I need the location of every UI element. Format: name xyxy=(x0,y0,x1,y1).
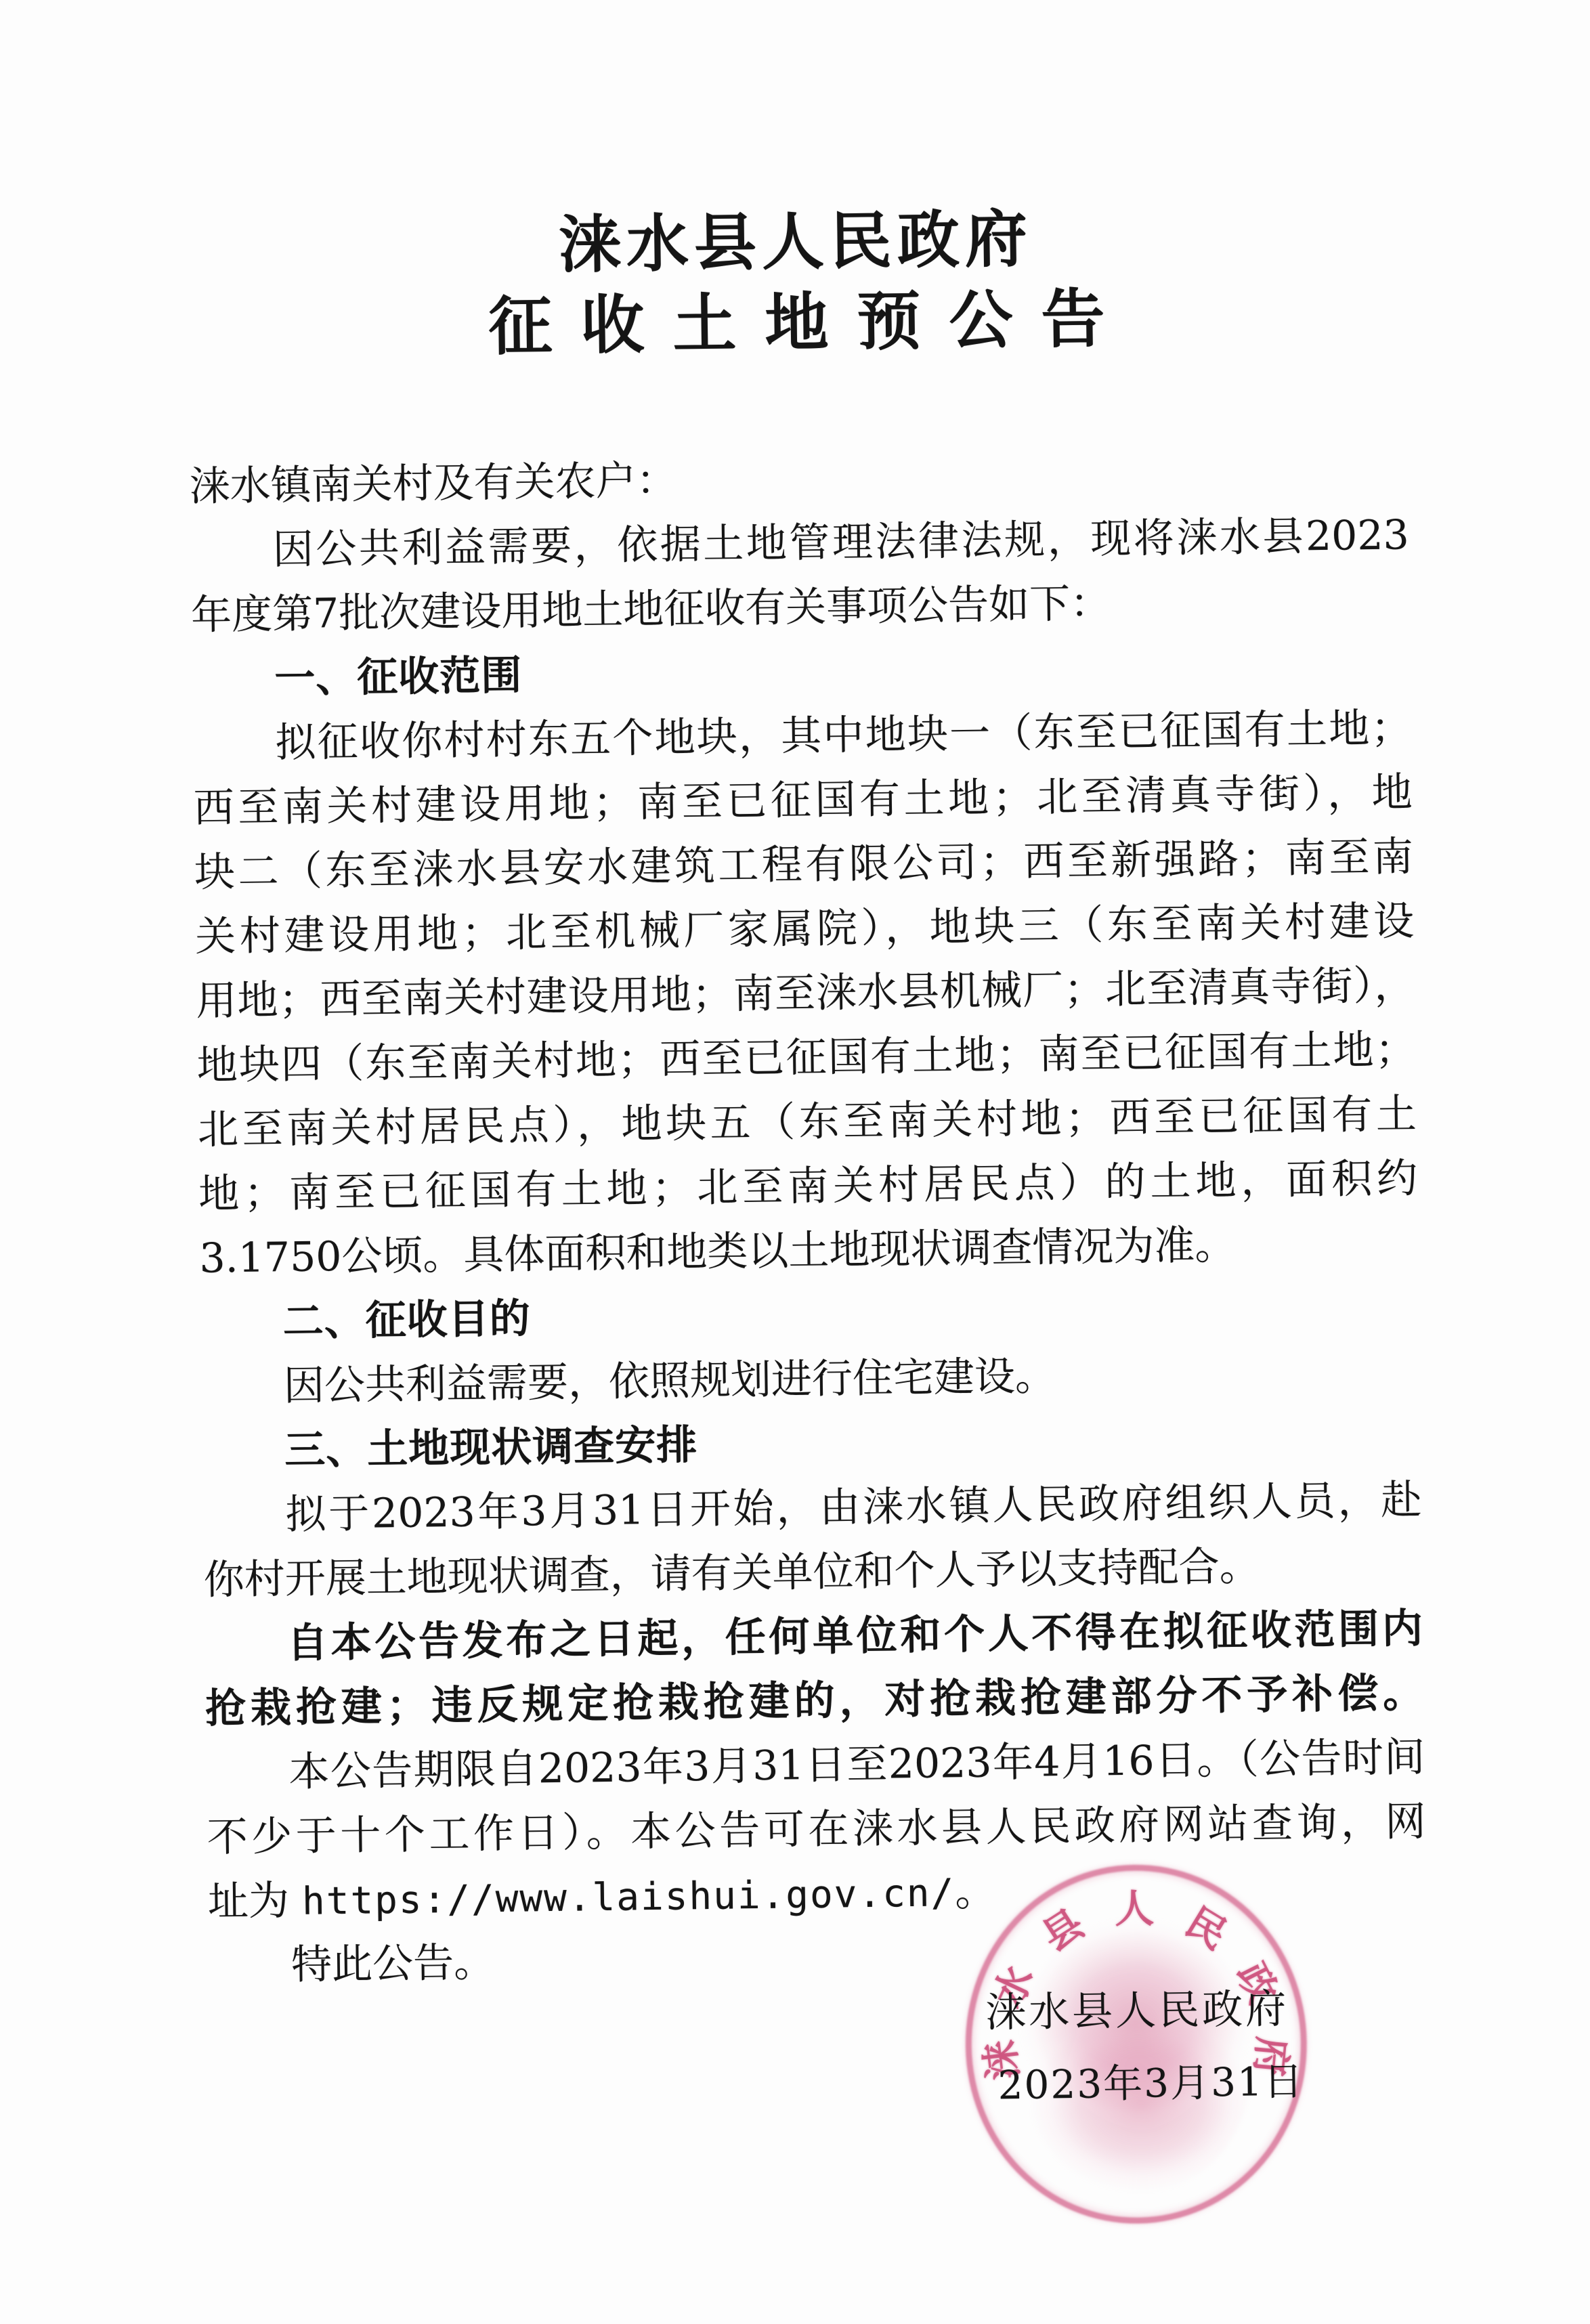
document-content: 涞水县人民政府 征收土地预公告 涞水镇南关村及有关农户： 因公共利益需要，依据土… xyxy=(186,195,1427,1998)
document-body: 涞水镇南关村及有关农户： 因公共利益需要，依据土地管理法律法规，现将涞水县202… xyxy=(189,439,1428,1998)
signature-date: 2023年3月31日 xyxy=(997,2050,1283,2110)
website-line-prefix: 址为 xyxy=(207,1877,302,1926)
signature-name: 涞水县人民政府 xyxy=(985,1977,1289,2039)
website-line-suffix: 。 xyxy=(955,1868,996,1916)
document-title-issuer: 涞水县人民政府 xyxy=(186,198,1405,286)
document-title-subject: 征收土地预公告 xyxy=(187,278,1406,368)
document-page: 涞水县人民政府 征收土地预公告 涞水镇南关村及有关农户： 因公共利益需要，依据土… xyxy=(0,0,1590,2324)
government-website-url: https://www.laishui.gov.cn/ xyxy=(302,1871,955,1924)
